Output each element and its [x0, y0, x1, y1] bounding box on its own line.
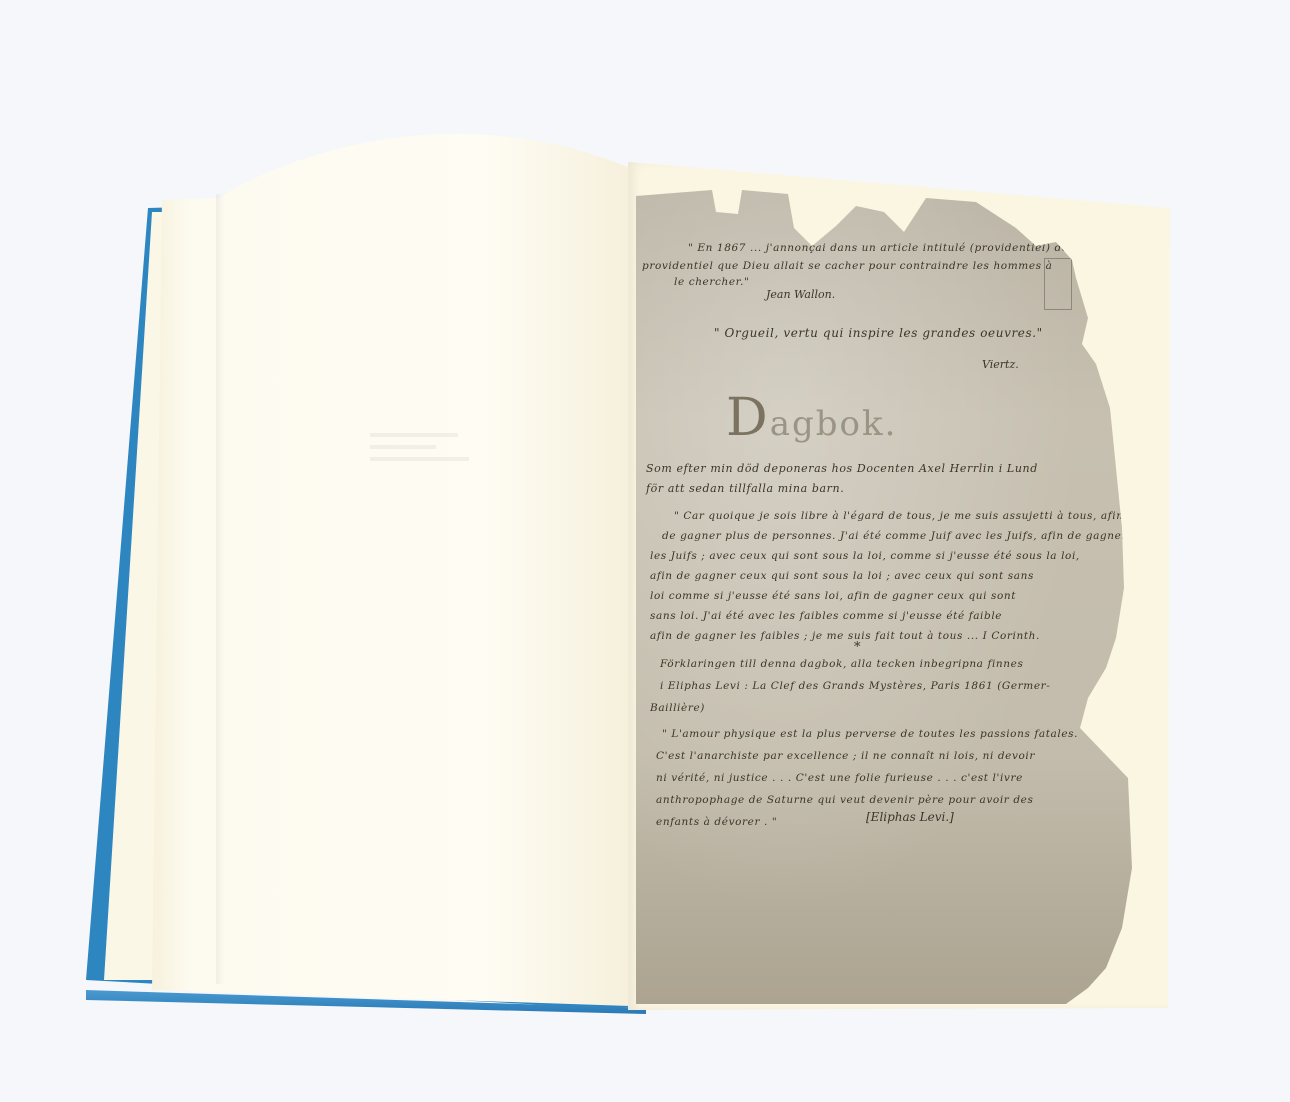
title-initial: D — [726, 388, 770, 448]
photo-scene: " En 1867 ... j'annonçai dans un article… — [0, 0, 1290, 1102]
quote2-text: " Orgueil, vertu qui inspire les grandes… — [714, 326, 1043, 340]
separator-star: * — [854, 640, 861, 655]
margin-correction-box — [1044, 258, 1072, 310]
levi-quote-line: ni vérité, ni justice . . . C'est une fo… — [656, 772, 1023, 784]
levi-attribution: [Eliphas Levi.] — [866, 810, 954, 824]
quote1-attribution: Jean Wallon. — [766, 288, 835, 301]
quote2-attribution: Viertz. — [982, 358, 1019, 371]
levi-quote-line: anthropophage de Saturne qui veut deveni… — [656, 794, 1033, 806]
subtitle-line: för att sedan tillfalla mina barn. — [646, 482, 844, 495]
title-rest: agbok. — [770, 404, 898, 444]
explanation-line: i Eliphas Levi : La Clef des Grands Myst… — [660, 680, 1050, 692]
page-fold-shadow — [216, 194, 224, 984]
levi-quote-line: C'est l'anarchiste par excellence ; il n… — [656, 750, 1035, 762]
manuscript-facsimile: " En 1867 ... j'annonçai dans un article… — [636, 168, 1132, 1004]
corinthians-line: afin de gagner ceux qui sont sous la loi… — [650, 570, 1034, 582]
explanation-line: Baillière) — [650, 702, 705, 714]
corinthians-line: les Juifs ; avec ceux qui sont sous la l… — [650, 550, 1080, 562]
subtitle-line: Som efter min död deponeras hos Docenten… — [646, 462, 1038, 475]
explanation-line: Förklaringen till denna dagbok, alla tec… — [660, 658, 1023, 670]
bleed-through-text — [370, 425, 480, 475]
corinthians-line: loi comme si j'eusse été sans loi, afin … — [650, 590, 1016, 602]
levi-quote-line: enfants à dévorer . " — [656, 816, 777, 828]
quote1-line: providentiel que Dieu allait se cacher p… — [642, 260, 1052, 272]
manuscript-title: Dagbok. — [726, 388, 897, 448]
corinthians-line: de gagner plus de personnes. J'ai été co… — [662, 530, 1127, 542]
corinthians-line: sans loi. J'ai été avec les faibles comm… — [650, 610, 1002, 622]
quote1-line: le chercher." — [674, 276, 749, 288]
corinthians-line: " Car quoique je sois libre à l'égard de… — [674, 510, 1124, 522]
levi-quote-line: " L'amour physique est la plus perverse … — [662, 728, 1078, 740]
corinthians-line: afin de gagner les faibles ; je me suis … — [650, 630, 1040, 642]
